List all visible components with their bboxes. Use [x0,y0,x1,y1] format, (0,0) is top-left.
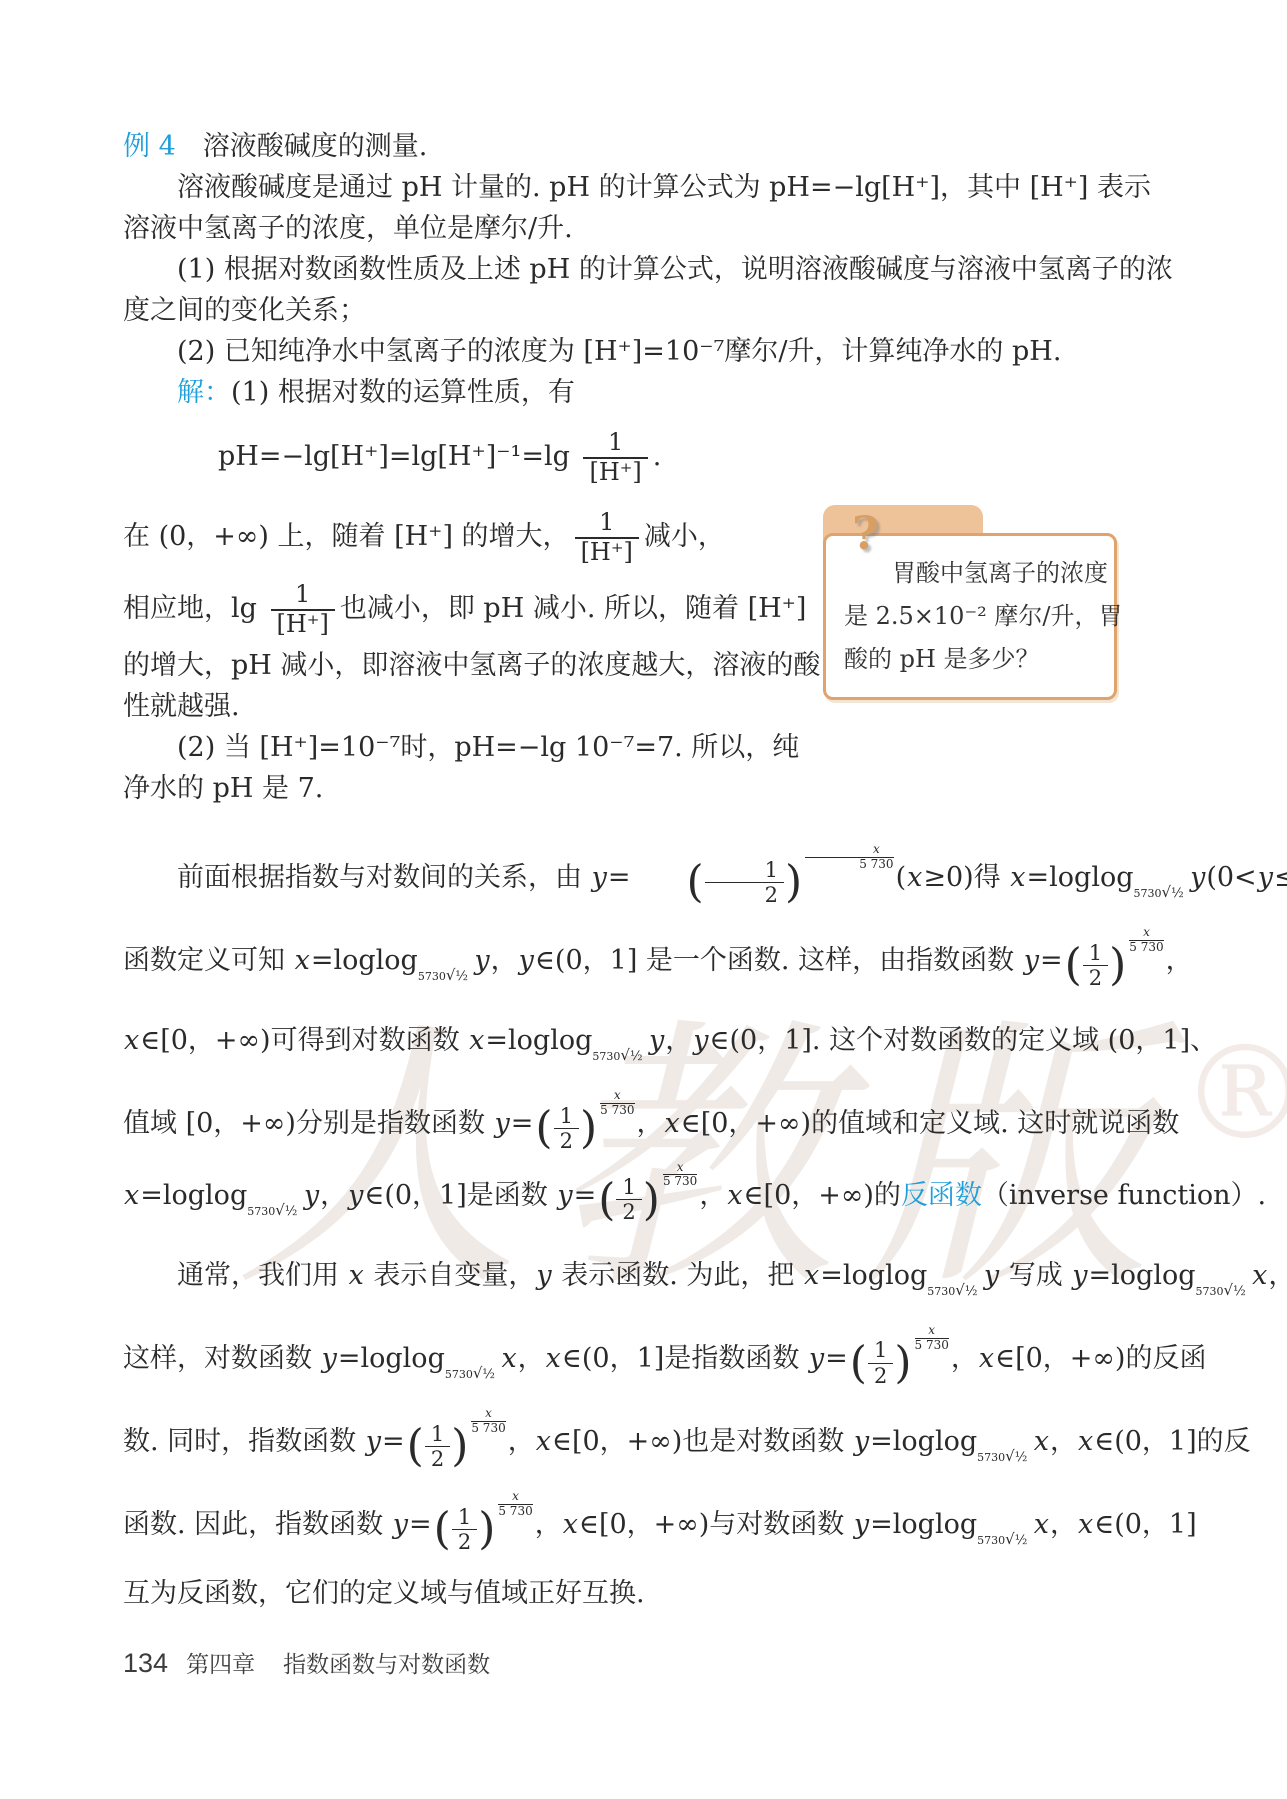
textbook-page: { "page": { "colors": { "accent": "#1f9e… [0,0,1287,1799]
text-line: 这样，对数函数 y=loglog5730√½ x，x∈(0，1]是指数函数 y=… [123,1324,1169,1407]
math-var: y [1023,945,1040,976]
math-var: x [348,1260,365,1291]
math-var: y [321,1343,338,1374]
text-line: x∈[0，+∞)可得到对数函数 x=loglog5730√½ y，y∈(0，1]… [123,1009,1169,1089]
text-line: 溶液中氢离子的浓度，单位是摩尔/升. [123,208,1169,249]
text-line: 的增大，pH 减小，即溶液中氢离子的浓度越大，溶液的酸 [123,645,818,686]
text-line: 度之间的变化关系； [123,290,1169,331]
math-var: x [500,1343,517,1374]
text-line: 胃酸中氢离子的浓度 [844,552,1096,595]
math-power: (12)x5 730 [850,1324,949,1395]
math-var: x [664,1108,681,1139]
math-power: (12)x5 730 [632,843,893,914]
math-var: x [1033,1426,1050,1457]
math-var: y [1257,862,1274,893]
math-power: (12)x5 730 [1065,926,1164,997]
log-base-expression: log5730√½ [885,1260,983,1291]
math-fraction: 1[H⁺] [575,509,639,566]
page-content: 例 4 溶液酸碱度的测量.溶液酸碱度是通过 pH 计量的. pH 的计算公式为 … [123,126,1169,1614]
math-var: x [726,1180,743,1211]
text-line: 互为反函数，它们的定义域与值域正好互换. [123,1573,1169,1614]
log-base-expression: log5730√½ [935,1509,1033,1540]
log-base-expression: log5730√½ [403,1343,501,1374]
math-fraction: 1[H⁺] [271,581,335,638]
math-var: y [692,1025,709,1056]
math-var: x [803,1260,820,1291]
math-var: y [518,945,535,976]
page-footer: 134第四章指数函数与对数函数 [123,1646,490,1679]
text-line: 在 (0，+∞) 上，随着 [H⁺] 的增大，1[H⁺]减小， [123,501,818,573]
display-formula: pH=−lg[H⁺]=lg[H⁺]⁻¹=lg 1[H⁺]. [123,413,1169,501]
math-var: y [983,1260,1000,1291]
math-var: y [853,1426,870,1457]
math-power: (12)x5 730 [535,1089,634,1160]
math-var: y [853,1509,870,1540]
math-var: x [535,1426,552,1457]
math-power: (12)x5 730 [598,1161,697,1232]
chapter-label: 第四章 [186,1651,255,1677]
math-power: (12)x5 730 [434,1490,533,1561]
example-section: 例 4 溶液酸碱度的测量.溶液酸碱度是通过 pH 计量的. pH 的计算公式为 … [123,126,1169,413]
math-power: (12)x5 730 [407,1407,506,1478]
accent-text: 解： [177,377,231,408]
math-var: y [365,1426,382,1457]
solution-section: 在 (0，+∞) 上，随着 [H⁺] 的增大，1[H⁺]减小，相应地，lg 1[… [123,501,818,809]
text-line: 性就越强. [123,686,818,727]
inverse-function-section: 前面根据指数与对数间的关系，由 y=(12)x5 730(x≥0)得 x=log… [123,843,1169,1614]
math-var: y [392,1509,409,1540]
text-line: (2) 当 [H⁺]=10⁻⁷时，pH=−lg 10⁻⁷=7. 所以，纯 [123,727,818,768]
math-fraction: 1[H⁺] [583,429,647,486]
log-base-expression: log5730√½ [935,1426,1033,1457]
math-var: y [1189,862,1206,893]
log-base-expression: log5730√½ [205,1180,303,1211]
text-line: 数. 同时，指数函数 y=(12)x5 730，x∈[0，+∞)也是对数函数 y… [123,1407,1169,1490]
math-var: y [535,1260,552,1291]
math-var: y [303,1180,320,1211]
log-base-expression: log5730√½ [376,945,474,976]
accent-text: 例 4 [123,131,176,162]
chapter-title: 指数函数与对数函数 [283,1651,490,1677]
text-line: 通常，我们用 x 表示自变量，y 表示函数. 为此，把 x=loglog5730… [123,1244,1169,1324]
math-var: x [545,1343,562,1374]
math-var: x [1077,1509,1094,1540]
question-mark-icon: ? [852,506,879,560]
math-var: y [494,1108,511,1139]
text-line: (2) 已知纯净水中氢离子的浓度为 [H⁺]=10⁻⁷摩尔/升，计算纯净水的 p… [123,331,1169,372]
text-line: 例 4 溶液酸碱度的测量. [123,126,1169,167]
text-line: x=loglog5730√½ y，y∈(0，1]是函数 y=(12)x5 730… [123,1161,1169,1244]
math-var: x [562,1509,579,1540]
math-var: y [591,862,608,893]
text-line: 相应地，lg 1[H⁺]也减小，即 pH 减小. 所以，随着 [H⁺] [123,573,818,645]
math-var: x [294,945,311,976]
text-line: (1) 根据对数函数性质及上述 pH 的计算公式，说明溶液酸碱度与溶液中氢离子的… [123,249,1169,290]
math-var: x [1077,1426,1094,1457]
math-var: x [978,1343,995,1374]
math-var: y [347,1180,364,1211]
text-line: 值域 [0，+∞)分别是指数函数 y=(12)x5 730，x∈[0，+∞)的值… [123,1089,1169,1160]
math-var: x [1251,1260,1268,1291]
text-line: 溶液酸碱度是通过 pH 计量的. pH 的计算公式为 pH=−lg[H⁺]，其中… [123,167,1169,208]
log-base-expression: log5730√½ [1091,862,1189,893]
math-var: x [906,862,923,893]
math-var: x [468,1025,485,1056]
math-var: y [556,1180,573,1211]
text-line: pH=−lg[H⁺]=lg[H⁺]⁻¹=lg 1[H⁺]. [218,413,1169,501]
log-base-expression: log5730√½ [1153,1260,1251,1291]
text-line: 净水的 pH 是 7. [123,768,818,809]
text-line: 解：(1) 根据对数的运算性质，有 [123,372,1169,413]
log-base-expression: log5730√½ [550,1025,648,1056]
math-var: y [808,1343,825,1374]
text-line: 是 2.5×10⁻² 摩尔/升，胃 [844,595,1096,638]
text-line: 函数定义可知 x=loglog5730√½ y，y∈(0，1] 是一个函数. 这… [123,926,1169,1009]
math-var: x [123,1025,140,1056]
math-var: x [1009,862,1026,893]
text-line: 函数. 因此，指数函数 y=(12)x5 730，x∈[0，+∞)与对数函数 y… [123,1490,1169,1573]
math-var: y [648,1025,665,1056]
math-var: y [1071,1260,1088,1291]
text-line: 前面根据指数与对数间的关系，由 y=(12)x5 730(x≥0)得 x=log… [123,843,1169,926]
accent-text: 反函数 [901,1180,982,1211]
math-var: x [1033,1509,1050,1540]
math-var: y [473,945,490,976]
page-number: 134 [123,1648,168,1678]
math-var: x [123,1180,140,1211]
text-line: 酸的 pH 是多少？ [844,638,1096,681]
